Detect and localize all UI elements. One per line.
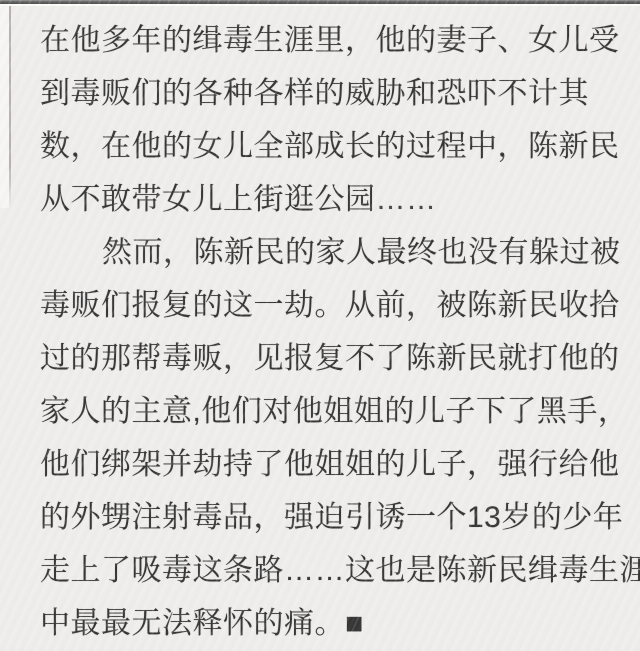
text-line: 在他多年的缉毒生涯里，他的妻子、女儿受 bbox=[40, 14, 630, 67]
article-text: 在他多年的缉毒生涯里，他的妻子、女儿受 到毒贩们的各种各样的威胁和恐吓不计其 数… bbox=[40, 14, 630, 650]
text-line: 毒贩们报复的这一劫。从前，被陈新民收拾 bbox=[40, 279, 630, 332]
page-edge-sheet bbox=[0, 6, 9, 208]
text-line: 过的那帮毒贩，见报复不了陈新民就打他的 bbox=[40, 332, 630, 385]
text-line: 走上了吸毒这条路……这也是陈新民缉毒生涯 bbox=[40, 544, 630, 597]
article-page: { "colors": { "background": "#eeedec", "… bbox=[0, 0, 640, 651]
text-line: 的外甥注射毒品，强迫引诱一个13岁的少年 bbox=[40, 491, 630, 544]
text-line: 从不敢带女儿上街逛公园…… bbox=[40, 173, 630, 226]
text-line: 数，在他的女儿全部成长的过程中，陈新民 bbox=[40, 120, 630, 173]
text-line-with-end-mark: 中最最无法释怀的痛。■ bbox=[40, 597, 630, 650]
text-line: 家人的主意,他们对他姐姐的儿子下了黑手， bbox=[40, 385, 630, 438]
page-edge-line bbox=[9, 6, 11, 208]
text-line: 到毒贩们的各种各样的威胁和恐吓不计其 bbox=[40, 67, 630, 120]
text-line-paragraph-start: 然而，陈新民的家人最终也没有躲过被 bbox=[40, 226, 630, 279]
top-border-highlight bbox=[0, 4, 640, 6]
text-line: 他们绑架并劫持了他姐姐的儿子，强行给他 bbox=[40, 438, 630, 491]
